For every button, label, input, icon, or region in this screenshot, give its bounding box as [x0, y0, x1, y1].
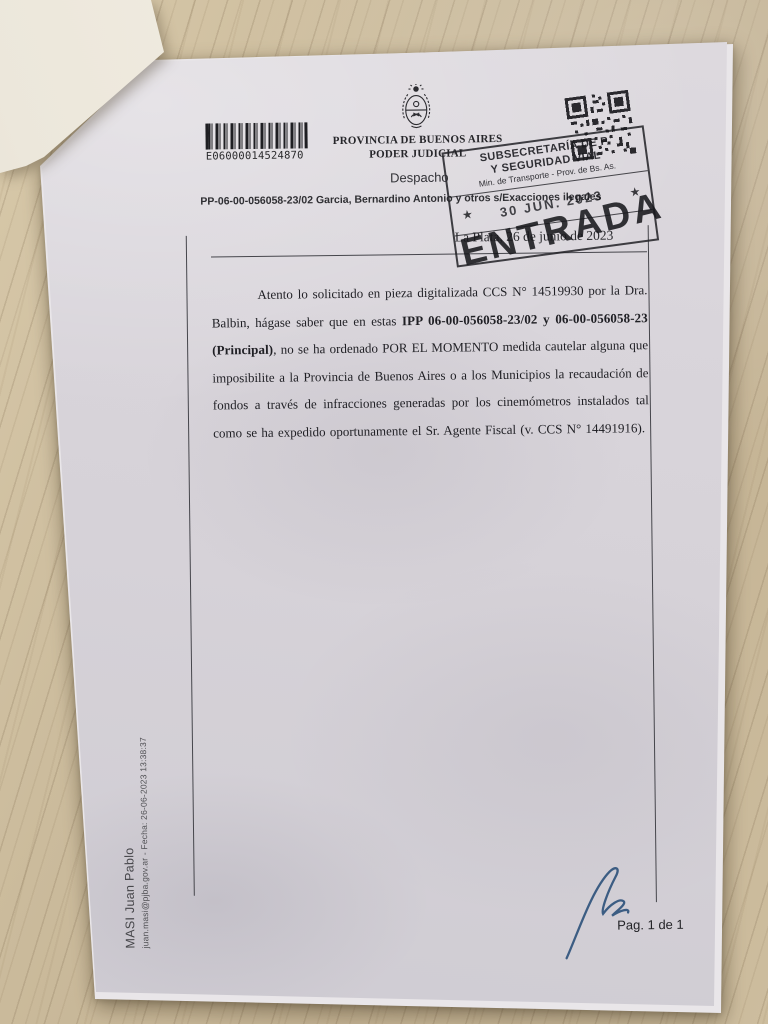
header-divider-rule	[211, 251, 647, 257]
barcode-block: E06000014524870	[205, 122, 305, 162]
star-icon: ★	[461, 207, 474, 222]
page-content: E06000014524870 PROVINCIA	[0, 0, 768, 1024]
right-margin-rule	[648, 225, 657, 902]
document-page: E06000014524870 PROVINCIA	[0, 0, 768, 1024]
left-margin-rule	[186, 236, 195, 896]
barcode	[205, 122, 307, 149]
body-text-2: , no se ha ordenado POR EL MOMENTO medid…	[212, 337, 648, 440]
barcode-number: E06000014524870	[206, 149, 306, 162]
org-name: PROVINCIA DE BUENOS AIRES	[333, 132, 503, 148]
handwritten-signature	[557, 859, 670, 962]
page-number: Pag. 1 de 1	[617, 917, 684, 933]
qr-code	[563, 90, 637, 162]
photo-of-document: E06000014524870 PROVINCIA	[0, 0, 768, 1024]
paper-stack: E06000014524870 PROVINCIA	[0, 0, 768, 1024]
document-type-label: Despacho	[390, 170, 449, 186]
coat-of-arms-icon	[399, 84, 434, 130]
body-paragraph: Atento lo solicitado en pieza digitaliza…	[211, 276, 649, 446]
margin-signer-block: MASI Juan Pablo juan.masi@pjba.gov.ar - …	[120, 693, 150, 948]
signer-name: MASI Juan Pablo	[120, 694, 137, 949]
signer-email-and-date: juan.masi@pjba.gov.ar - Fecha: 26-06-202…	[137, 693, 150, 948]
